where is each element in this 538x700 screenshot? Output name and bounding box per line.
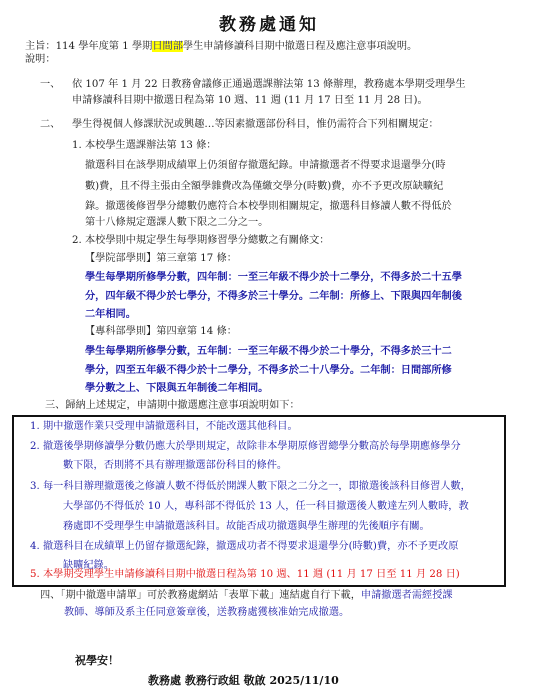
section2-item1-line: 數)費，且不得主張由全額學雜費改為僅繳交學分(時數)費，亦不予更改原缺曠紀 — [85, 180, 443, 194]
subject-prefix: 114 學年度第 1 學期 — [56, 41, 153, 52]
notice-item-4: 4. 撤選科目在成績單上仍留存撤選紀錄，撤選成功者不得要求退還學分(時數)費，亦… — [30, 540, 458, 554]
section4-line2: 教師、導師及系主任同意簽章後，送教務處獲核准始完成撤選。 — [64, 606, 349, 620]
section2-number: 二、 — [40, 118, 60, 132]
junior-rule-line: 學生每學期所修學分數，五年制：一至三年級不得少於二十學分，不得多於三十二 — [85, 344, 452, 358]
notice-item-5: 5. 本學期受理學生申請修讀科目期中撤選日程為第 10 週、11 週 (11 月… — [30, 568, 460, 582]
junior-rule-line: 學分，四至五年級不得少於十二學分，不得多於二十八學分。二年制：日間部所修 — [85, 363, 452, 377]
subject-highlight: 日間部 — [152, 41, 183, 52]
explain-label: 說明： — [25, 53, 56, 67]
section3-intro: 三、歸納上述規定，申請期中撤選應注意事項說明如下： — [45, 399, 300, 413]
college-rule-line: 分，四年級不得少於七學分，不得多於三十學分。二年制：所修上、下限與四年制後 — [85, 289, 462, 303]
notice-item-1: 1. 期中撤選作業只受理申請撤選科目，不能改選其他科目。 — [30, 420, 298, 434]
signature: 教務處 教務行政組 敬啟 2025/11/10 — [148, 674, 339, 688]
notice-item-2: 2. 撤選後學期修讀學分數仍應大於學則規定，故除非本學期原修習總學分數高於每學期… — [30, 440, 461, 454]
section2-item1-line: 撤選科目在該學期成績單上仍須留存撤選紀錄。申請撤選者不得要求退還學分(時 — [85, 159, 446, 173]
section2-item1-line: 錄。撤選後修習學分總數仍應符合本校學則相關規定，撤選科目修讀人數不得低於 — [85, 200, 452, 214]
subject-suffix: 學生申請修讀科目期中撤選日程及應注意事項說明。 — [183, 41, 417, 52]
college-rule-line: 學生每學期所修學分數，四年制：一至三年級不得少於十二學分，不得多於二十五學 — [85, 270, 462, 284]
section4-line1: 四、「期中撤選申請單」可於教務處網站「表單下載」連結處自行下載，申請撤選者需經授… — [40, 589, 453, 603]
section2-item1-line: 第十八條規定選課人數下限之二分之一。 — [85, 216, 268, 230]
section2-intro: 學生得視個人修課狀況或興趣…等因素撤選部份科目，惟仍需符合下列相關規定： — [72, 118, 439, 132]
closing-greeting: 祝學安！ — [75, 654, 119, 668]
section1-line: 依 107 年 1 月 22 日教務會議修正通過選課辦法第 13 條辦理，教務處… — [72, 78, 466, 92]
section1-line: 申請修讀科目期中撤選日程為第 10 週、11 週 (11 月 17 日至 11 … — [72, 94, 428, 108]
section2-item2-title: 2. 本校學則中規定學生每學期修習學分總數之有關條文： — [72, 234, 329, 248]
notice-item-3: 3. 每一科目辦理撤選後之修讀人數不得低於開課人數下限之二分之一，即撤選後該科目… — [30, 480, 471, 494]
college-rule-title: 【學院部學則】第三章第 17 條： — [85, 252, 237, 266]
section4-highlight-text: 申請撤選者需經授課 — [361, 590, 453, 601]
notice-item-3-cont: 大學部仍不得低於 10 人，專科部不得低於 13 人，任一科目撤選後人數達左列人… — [63, 500, 469, 514]
section1-number: 一、 — [40, 78, 60, 92]
subject-label: 主旨： — [25, 41, 56, 52]
notice-item-2-cont: 數下限，否則將不具有辦理撤選部份科目的條件。 — [63, 459, 287, 473]
section2-item1-title: 1. 本校學生選課辦法第 13 條： — [72, 139, 216, 153]
subject-line: 主旨：114 學年度第 1 學期日間部學生申請修讀科目期中撤選日程及應注意事項說… — [25, 40, 417, 54]
junior-rule-line: 學分數之上、下限與五年制後二年相同。 — [85, 381, 268, 395]
junior-rule-title: 【專科部學則】第四章第 14 條： — [85, 325, 237, 339]
notice-item-3-cont: 務處即不受理學生申請撤選該科目。故能否成功撤選與學生辦理的先後順序有關。 — [63, 520, 430, 534]
page-title: 教務處通知 — [0, 10, 538, 35]
section4-text: 四、「期中撤選申請單」可於教務處網站「表單下載」連結處自行下載， — [40, 590, 361, 601]
college-rule-line: 二年相同。 — [85, 307, 136, 321]
